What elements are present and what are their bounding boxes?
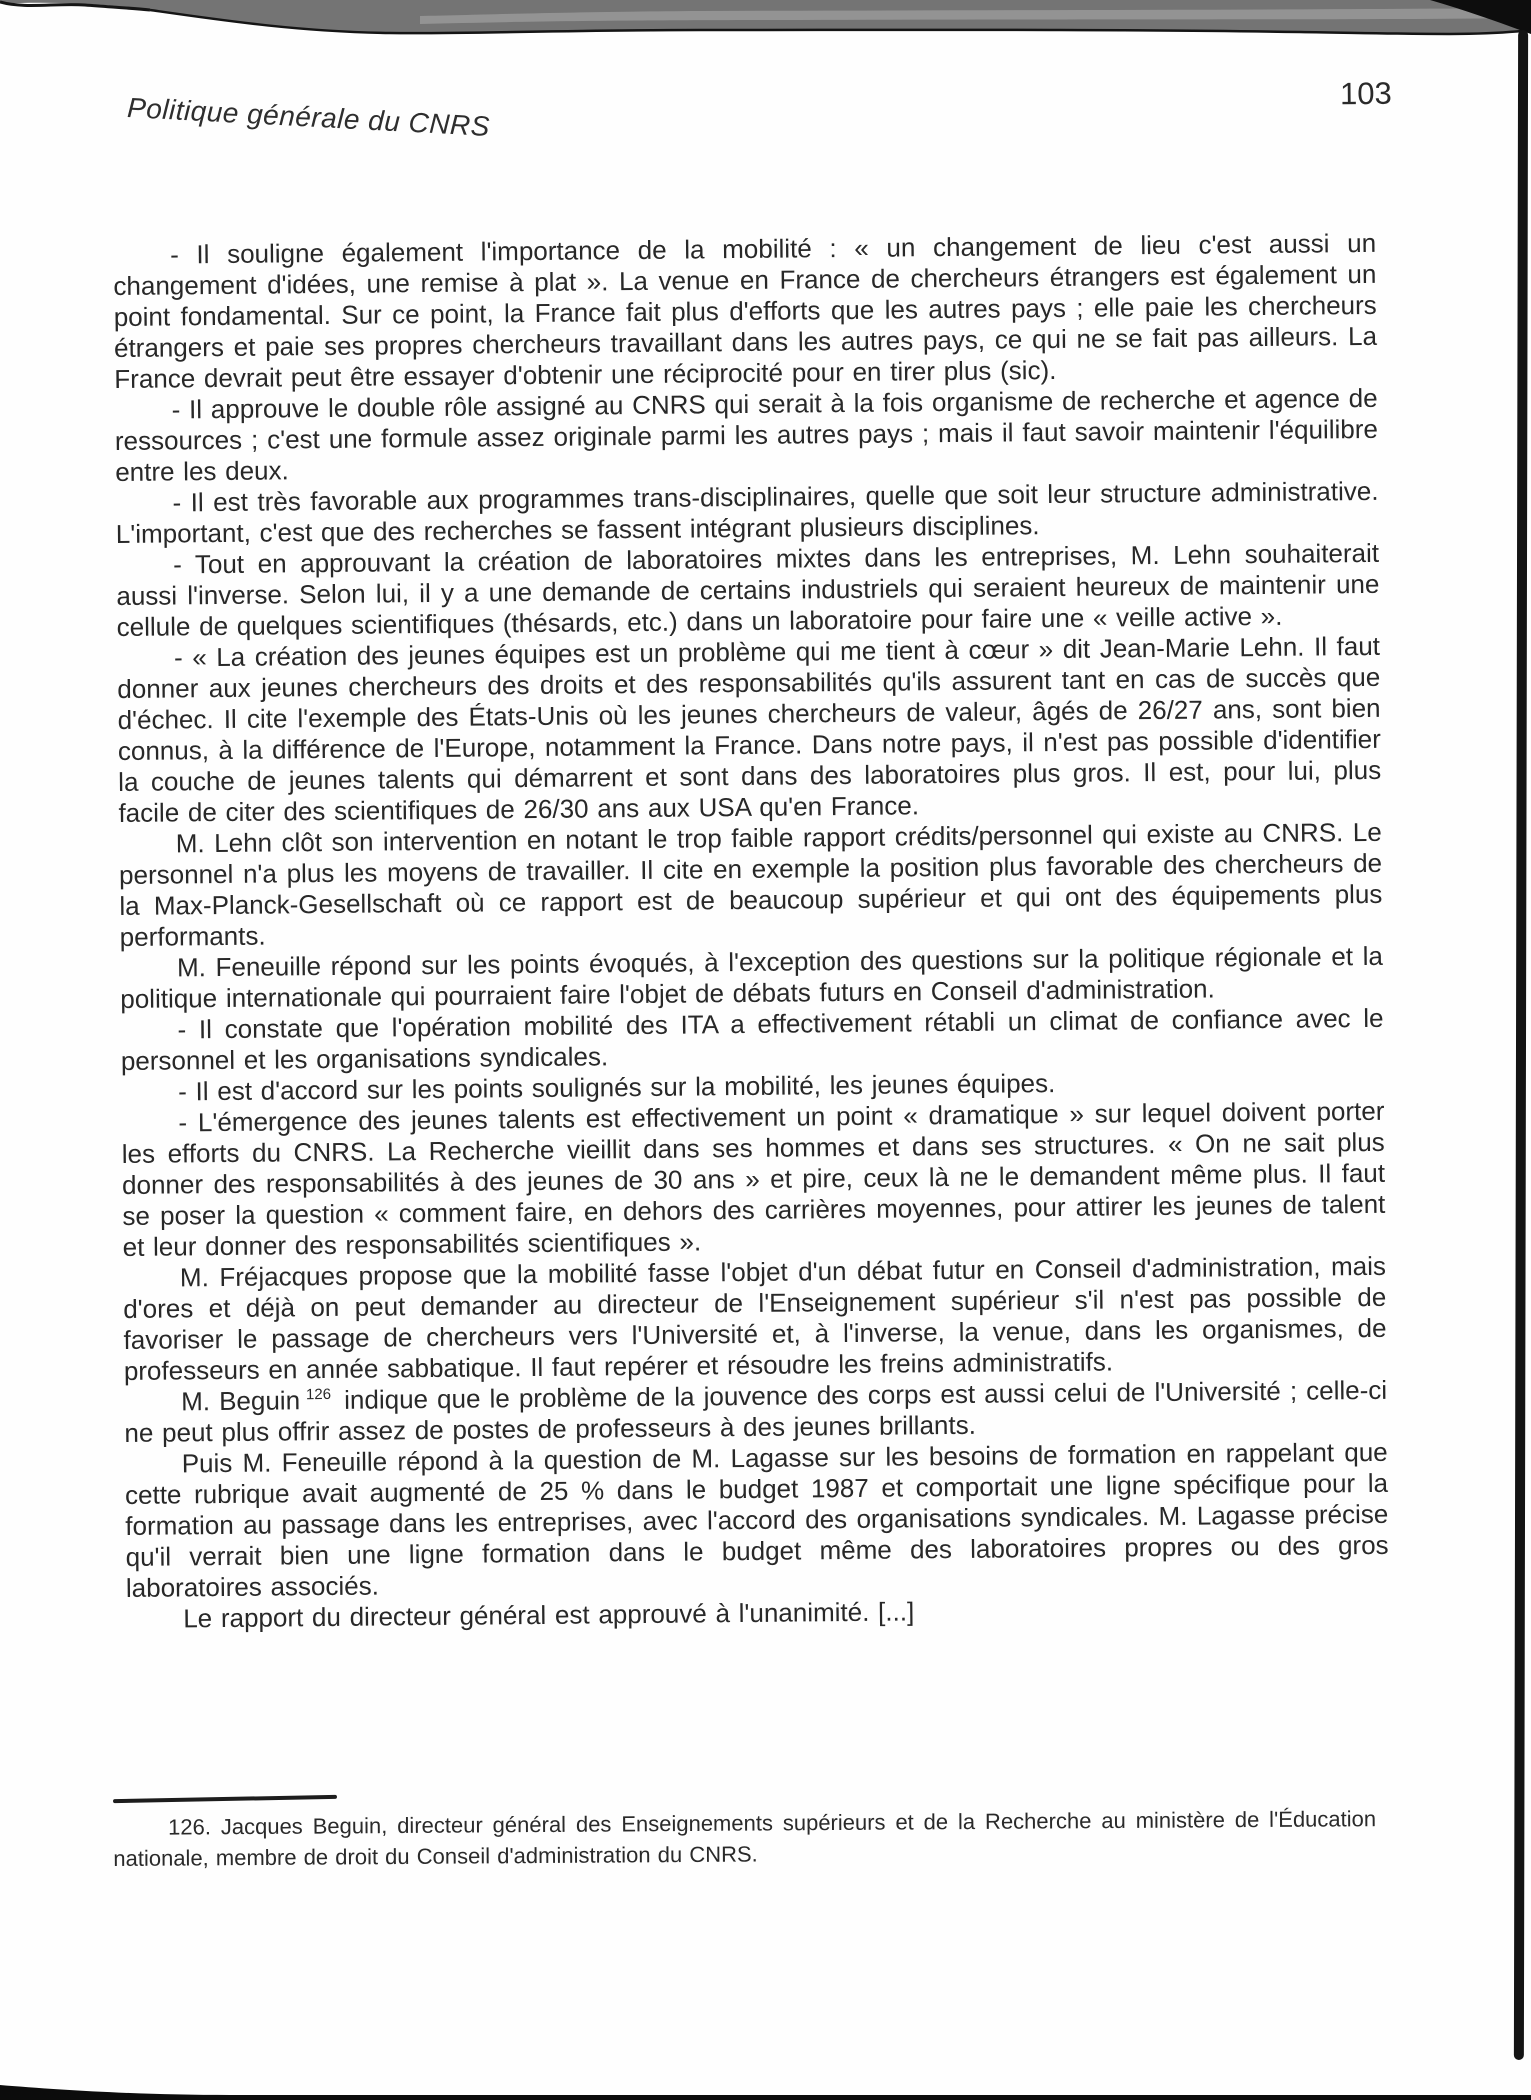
running-title: Politique générale du CNRS xyxy=(126,92,490,143)
right-edge-scan-artifact xyxy=(1514,30,1528,2060)
paragraph: - Il souligne également l'importance de … xyxy=(113,228,1377,395)
footnote-rule xyxy=(113,1795,337,1803)
page-number: 103 xyxy=(1340,76,1392,113)
footnote: 126. Jacques Beguin, directeur général d… xyxy=(113,1803,1376,1874)
paragraph-text: M. Beguin xyxy=(181,1385,300,1416)
paragraph: - Tout en approuvant la création de labo… xyxy=(116,538,1380,643)
paragraph: Puis M. Feneuille répond à la question d… xyxy=(125,1437,1389,1604)
paragraph: - Il approuve le double rôle assigné au … xyxy=(114,383,1378,488)
bottom-scan-artifact xyxy=(0,2082,1531,2100)
paragraph: - L'émergence des jeunes talents est eff… xyxy=(121,1096,1385,1263)
footnote-marker: 126 xyxy=(306,1386,331,1403)
page: Politique générale du CNRS 103 - Il soul… xyxy=(0,0,1531,2100)
body-text: - Il souligne également l'importance de … xyxy=(113,228,1389,1635)
paragraph: - « La création des jeunes équipes est u… xyxy=(117,631,1382,829)
paragraph: M. Lehn clôt son intervention en notant … xyxy=(119,817,1383,953)
top-scan-artifact xyxy=(0,0,1531,46)
paragraph: M. Fréjacques propose que la mobilité fa… xyxy=(123,1251,1387,1387)
